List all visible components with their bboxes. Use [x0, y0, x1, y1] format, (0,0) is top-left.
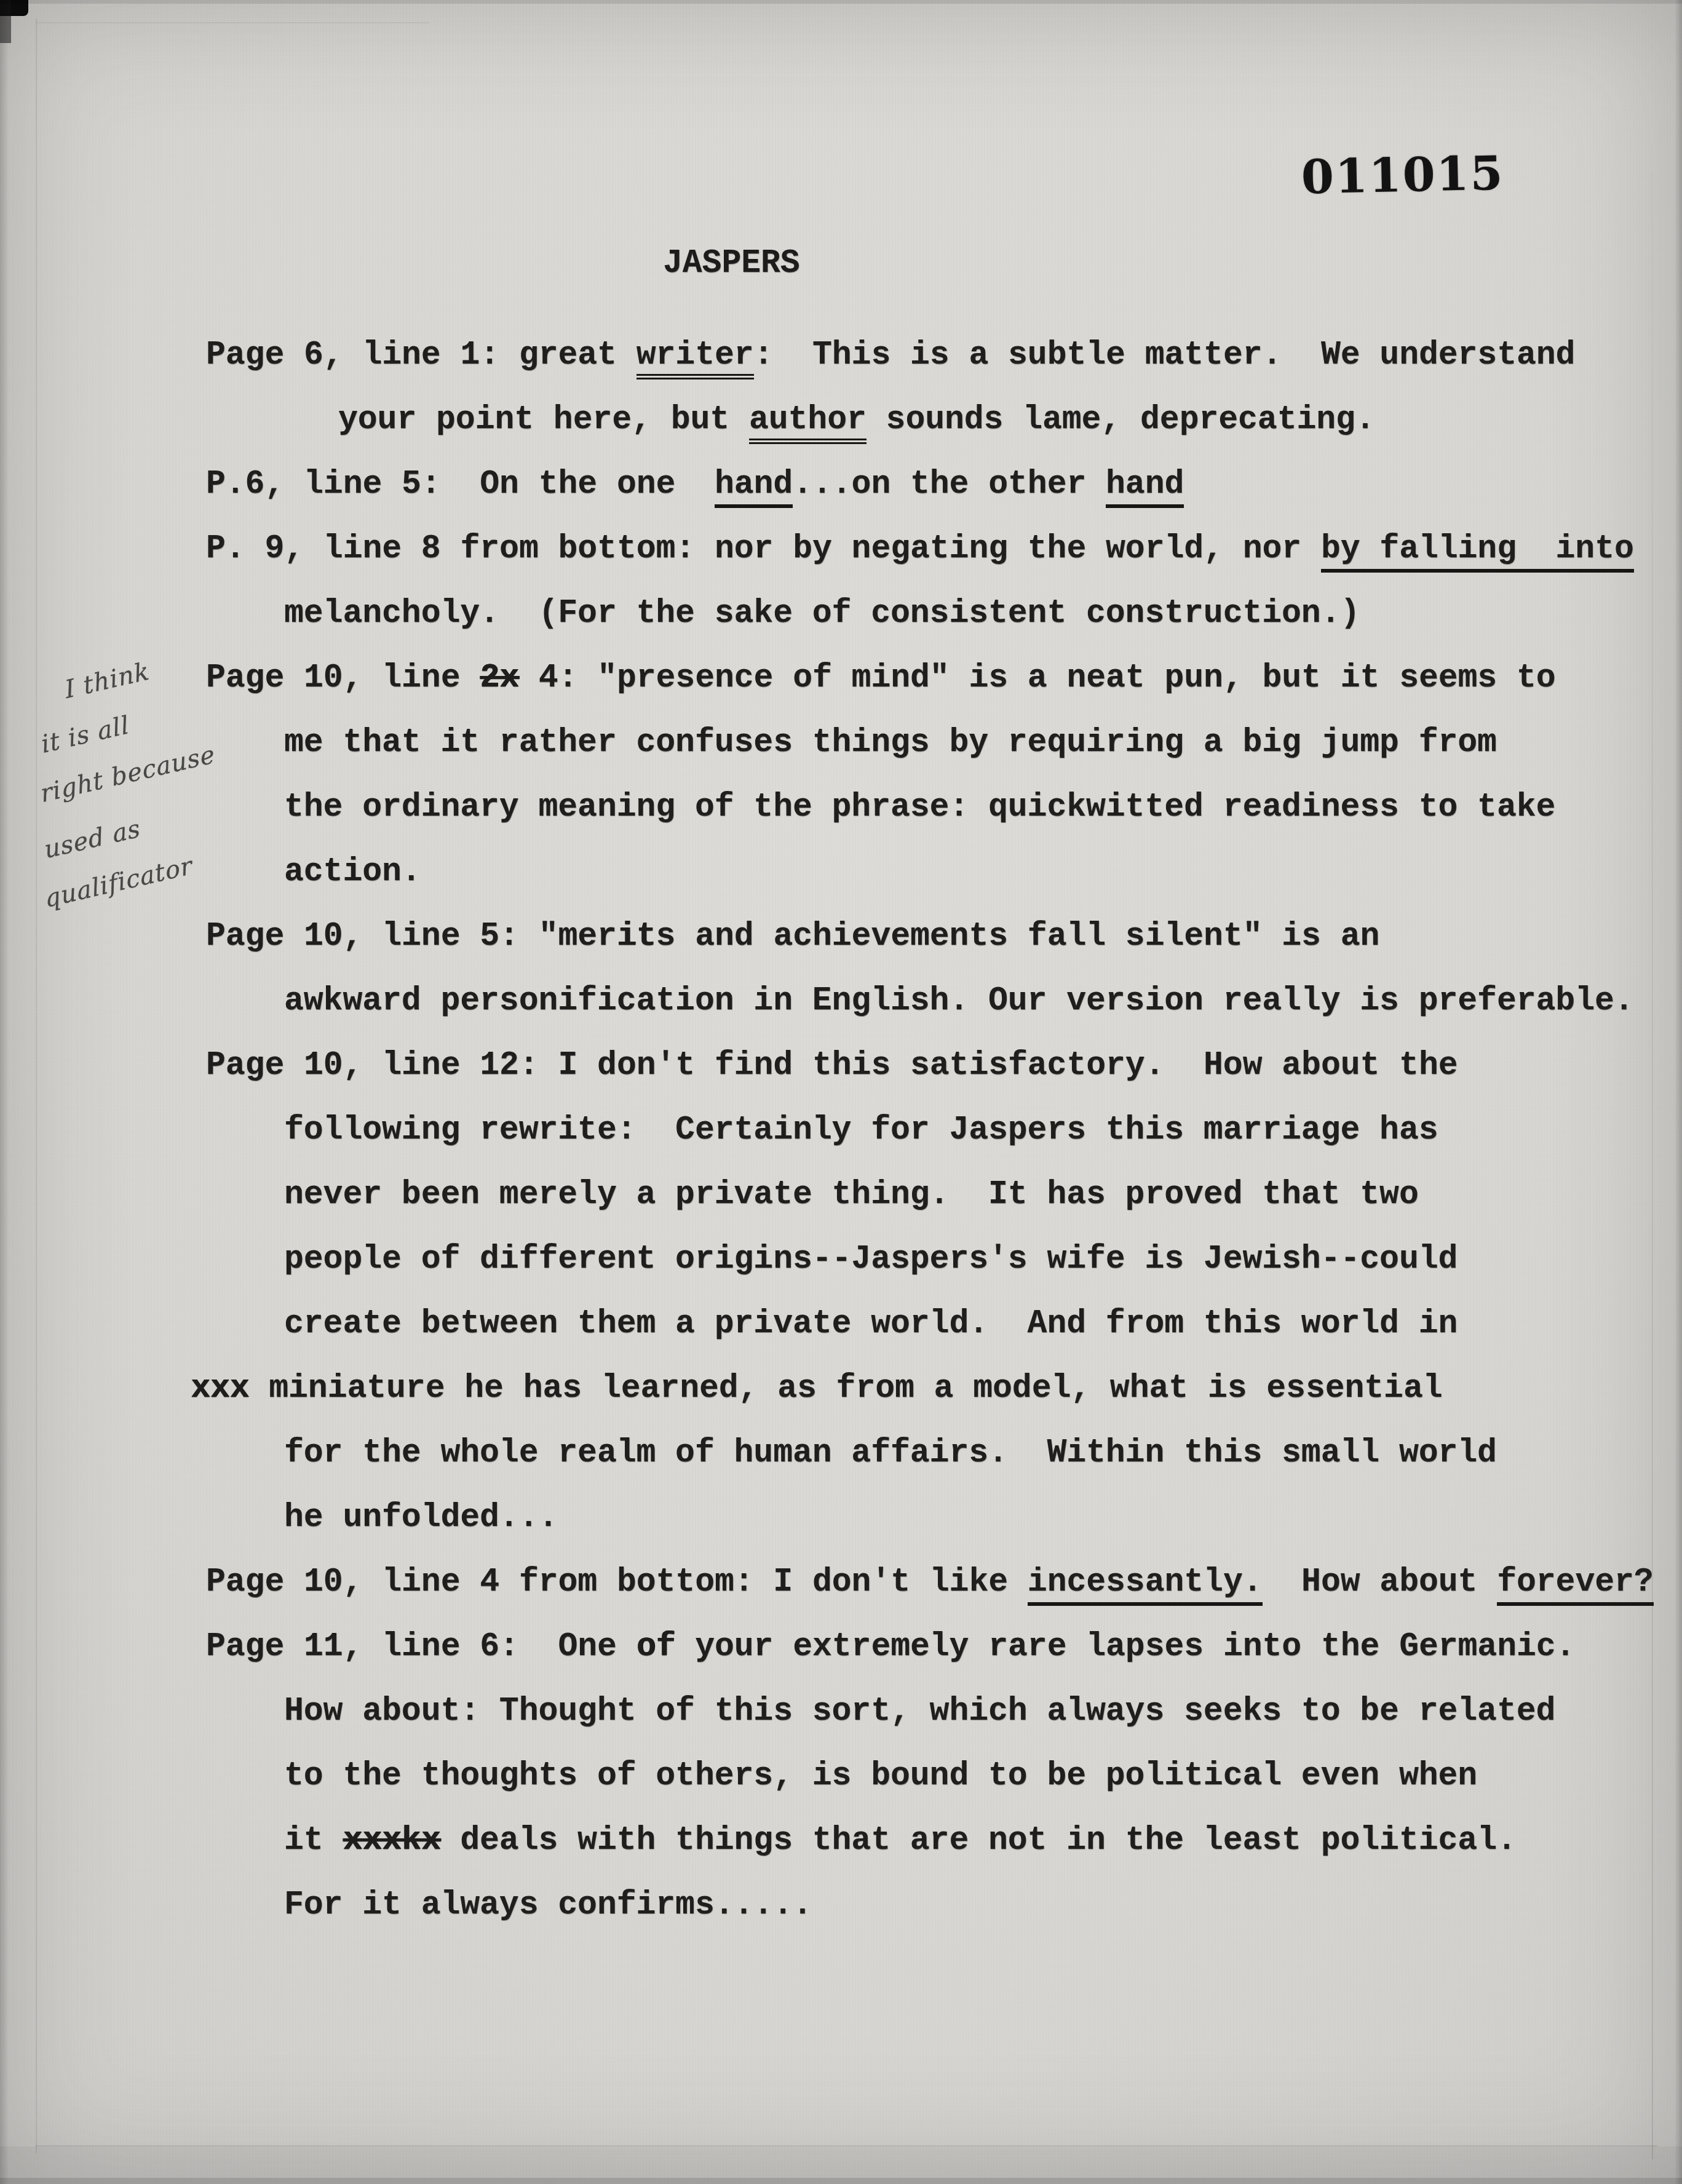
typed-segment-u: by falling into — [1321, 530, 1634, 573]
typed-segment-u2: writer — [637, 336, 754, 379]
typed-lines: Page 6, line 1: great writer: This is a … — [0, 323, 1682, 1937]
typed-segment: s and achievements fall silent" is an — [656, 918, 1380, 955]
typed-segment: : This is a subtle matter. We understand — [754, 336, 1576, 373]
typed-line: your point here, but author sounds lame,… — [338, 387, 1682, 452]
typed-line: the ordinary meaning of the phrase: quic… — [284, 775, 1682, 840]
page-number-stamp: 011015 — [1301, 146, 1504, 205]
typed-line: P.6, line 5: On the one hand...on the ot… — [206, 452, 1682, 517]
typed-line: xxx miniature he has learned, as from a … — [191, 1356, 1682, 1421]
scan-edge-shadow — [0, 0, 1682, 4]
typed-segment: sounds lame, deprecating. — [867, 401, 1375, 438]
typed-segment: it — [284, 1822, 343, 1859]
typed-segment-u2: author — [749, 401, 867, 444]
typed-line: never been merely a private thing. It ha… — [284, 1162, 1682, 1227]
typed-segment: 4: "presence of mind" is a neat pun, but… — [519, 659, 1556, 696]
typed-line: awkward personification in English. Our … — [284, 969, 1682, 1033]
typed-line: P. 9, line 8 from bottom: nor by negatin… — [206, 517, 1682, 581]
typed-segment: melancholy. (For the sake of consistent … — [284, 595, 1360, 632]
typed-segment: Page 10, line — [206, 659, 480, 696]
typed-segment: miniature he has learned, as from a mode… — [249, 1370, 1442, 1407]
typed-segment: For it always confirms..... — [284, 1886, 812, 1923]
typed-line: melancholy. (For the sake of consistent … — [284, 581, 1682, 646]
typed-segment: create between them a private world. And… — [284, 1305, 1458, 1342]
typed-segment: P.6, line 5: On the one — [206, 466, 715, 502]
typed-segment: to the thoughts of others, is bound to b… — [284, 1757, 1477, 1794]
typed-segment-u: incessantly. — [1028, 1563, 1263, 1606]
paper-bottom-band — [0, 2146, 1682, 2184]
typed-line: How about: Thought of this sort, which a… — [284, 1679, 1682, 1744]
typed-segment-b: of — [637, 1628, 676, 1665]
typed-line: following rewrite: Certainly for Jaspers… — [284, 1098, 1682, 1162]
typed-segment: following rewrite: Certainly for Jaspers… — [284, 1111, 1438, 1148]
typed-segment: How about: Thought of this sort, which a… — [284, 1693, 1555, 1729]
typed-line: Page 11, line 6: One of your extremely r… — [206, 1614, 1682, 1679]
typed-segment: awkward personification in English. Our … — [284, 982, 1634, 1019]
typed-segment: P. 9, line 8 from bottom: nor by negatin… — [206, 530, 1321, 567]
typed-segment: Page 6, line 1: great — [206, 336, 637, 373]
typed-line: create between them a private world. And… — [284, 1292, 1682, 1356]
document-title: JASPERS — [663, 245, 800, 282]
typed-segment-b: it — [617, 918, 656, 955]
typed-segment-x: xxxkx — [343, 1822, 440, 1859]
typed-segment: your point here, but — [338, 401, 749, 438]
typed-segment-u: forever? — [1497, 1563, 1653, 1606]
typed-segment: for the whole realm of human affairs. Wi… — [284, 1434, 1497, 1471]
typed-line: it xxxkx deals with things that are not … — [284, 1808, 1682, 1873]
typed-segment-u: hand — [715, 466, 793, 508]
typed-line: Page 6, line 1: great writer: This is a … — [206, 323, 1682, 387]
typed-line: Page 10, line 2x 4: "presence of mind" i… — [206, 646, 1682, 710]
typed-line: he unfolded... — [284, 1485, 1682, 1550]
typed-line: Page 10, line 12: I don't find this sati… — [206, 1033, 1682, 1098]
typed-segment: Page 10, line 4 from bottom: I don't lik… — [206, 1563, 1028, 1600]
typed-segment: people of different origins--Jaspers's w… — [284, 1241, 1458, 1277]
typed-line: Page 10, line 5: "merits and achievement… — [206, 904, 1682, 969]
typed-segment: your extremely rare lapses into the Germ… — [675, 1628, 1575, 1665]
typed-segment: the ordinary meaning of the phrase: quic… — [284, 788, 1555, 825]
typed-line: Page 10, line 4 from bottom: I don't lik… — [206, 1550, 1682, 1614]
typed-segment-b: xxx — [191, 1370, 249, 1407]
typed-segment: never been merely a private thing. It ha… — [284, 1176, 1419, 1213]
typed-segment-x: 2x — [480, 659, 519, 696]
typed-line: For it always confirms..... — [284, 1873, 1682, 1937]
typed-line: action. — [284, 840, 1682, 904]
typed-segment: Page 10, line 5: "mer — [206, 918, 617, 955]
typed-line: for the whole realm of human affairs. Wi… — [284, 1421, 1682, 1485]
typed-segment: ...on the other — [793, 466, 1106, 502]
typed-line: to the thoughts of others, is bound to b… — [284, 1744, 1682, 1808]
paper-edge-line — [36, 22, 429, 23]
typed-segment: deals with things that are not in the le… — [440, 1822, 1516, 1859]
typed-segment: me that it rather confuses things by req… — [284, 724, 1497, 761]
typed-line: people of different origins--Jaspers's w… — [284, 1227, 1682, 1292]
typed-segment: How about — [1263, 1563, 1498, 1600]
typed-segment: Page 10, line 12: I don't find this sati… — [206, 1047, 1458, 1084]
typed-segment: action. — [284, 853, 421, 890]
typed-segment: Page 11, line 6: One — [206, 1628, 637, 1665]
scanned-document-page: 011015 JASPERS I thinkit is allright bec… — [0, 0, 1682, 2184]
typed-segment: he unfolded... — [284, 1499, 558, 1536]
typed-segment-u: hand — [1106, 466, 1184, 508]
typed-line: me that it rather confuses things by req… — [284, 710, 1682, 775]
